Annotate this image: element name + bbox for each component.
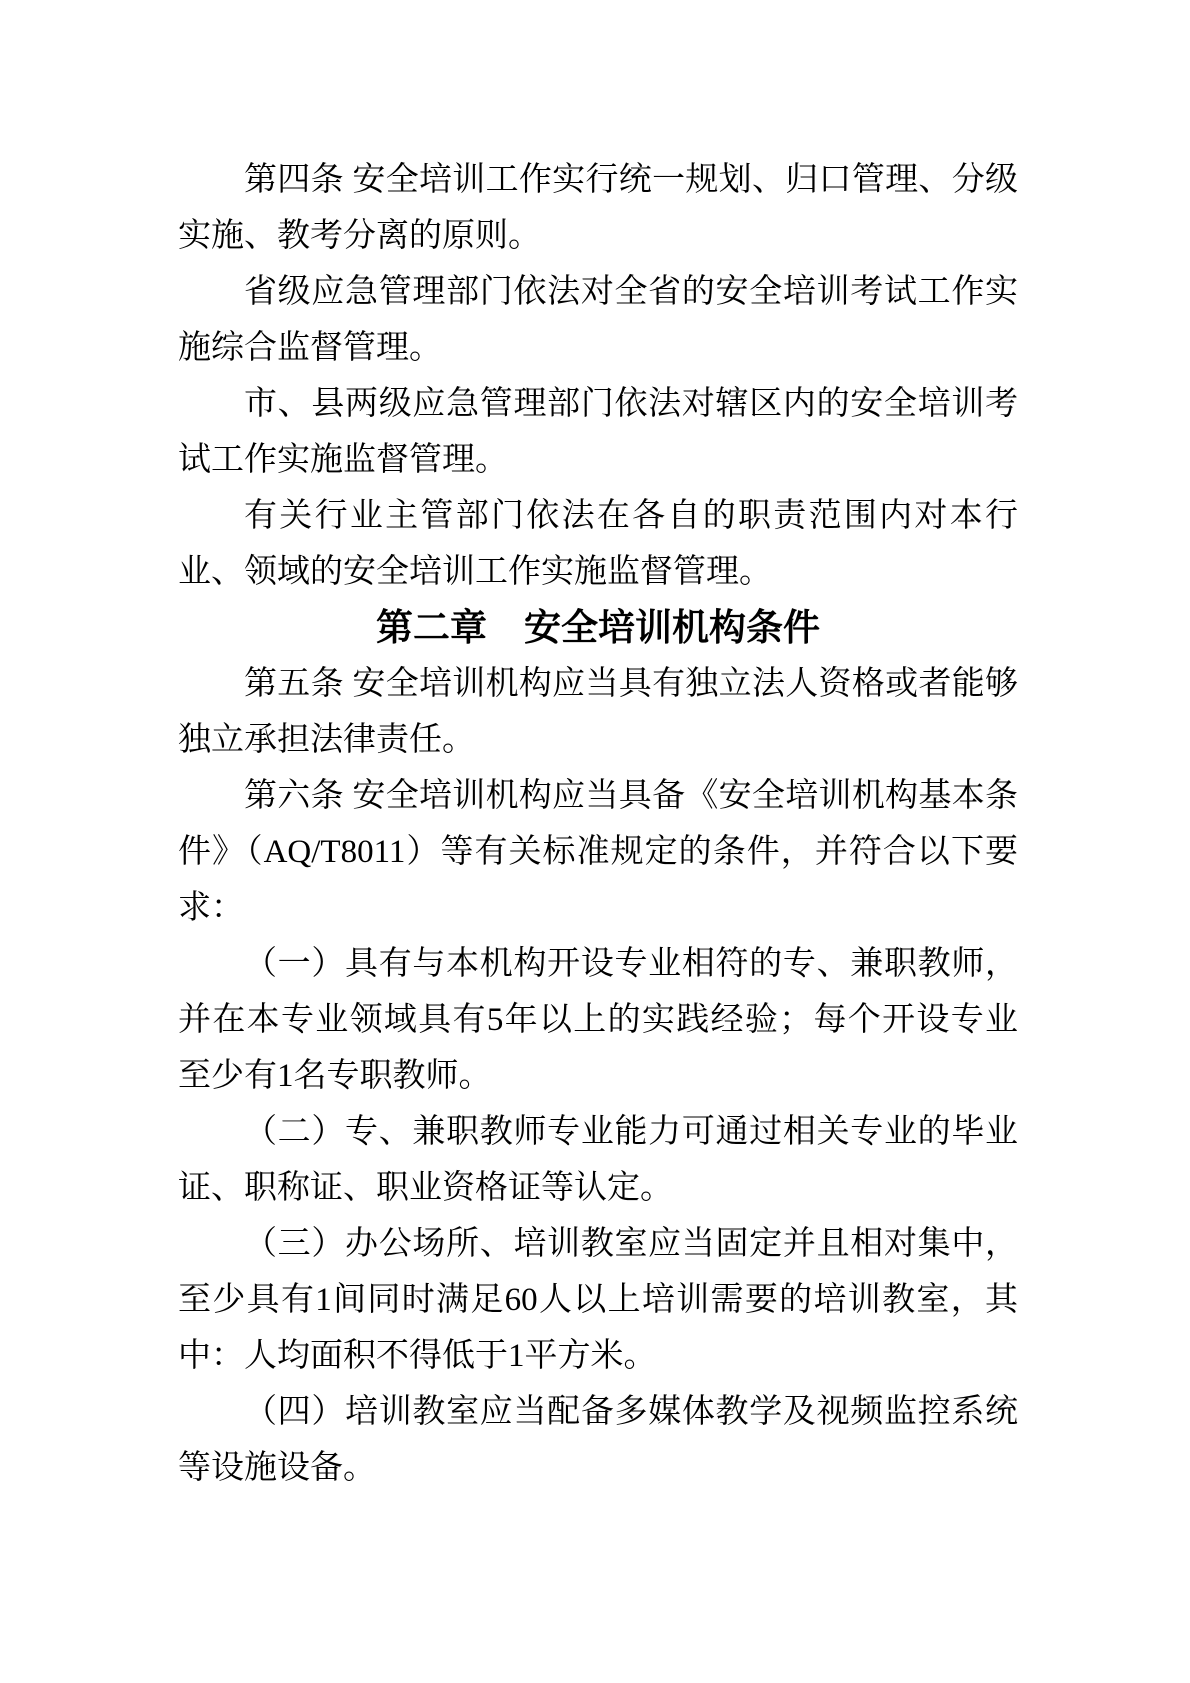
paragraph: 有关行业主管部门依法在各自的职责范围内对本行业、领域的安全培训工作实施监督管理。 <box>178 488 1018 600</box>
paragraph: （四）培训教室应当配备多媒体教学及视频监控系统等设施设备。 <box>178 1384 1018 1496</box>
paragraph: 市、县两级应急管理部门依法对辖区内的安全培训考试工作实施监督管理。 <box>178 376 1018 488</box>
document-page: 第四条 安全培训工作实行统一规划、归口管理、分级实施、教考分离的原则。省级应急管… <box>0 0 1190 1683</box>
paragraph: 第四条 安全培训工作实行统一规划、归口管理、分级实施、教考分离的原则。 <box>178 152 1018 264</box>
chapter-heading: 第二章 安全培训机构条件 <box>178 600 1018 656</box>
document-body: 第四条 安全培训工作实行统一规划、归口管理、分级实施、教考分离的原则。省级应急管… <box>178 152 1018 1496</box>
paragraph: （三）办公场所、培训教室应当固定并且相对集中，至少具有1间同时满足60人以上培训… <box>178 1216 1018 1384</box>
paragraph: 第五条 安全培训机构应当具有独立法人资格或者能够独立承担法律责任。 <box>178 656 1018 768</box>
paragraph: （二）专、兼职教师专业能力可通过相关专业的毕业证、职称证、职业资格证等认定。 <box>178 1104 1018 1216</box>
paragraph: 省级应急管理部门依法对全省的安全培训考试工作实施综合监督管理。 <box>178 264 1018 376</box>
paragraph: 第六条 安全培训机构应当具备《安全培训机构基本条件》（AQ/T8011）等有关标… <box>178 768 1018 936</box>
paragraph: （一）具有与本机构开设专业相符的专、兼职教师，并在本专业领域具有5年以上的实践经… <box>178 936 1018 1104</box>
